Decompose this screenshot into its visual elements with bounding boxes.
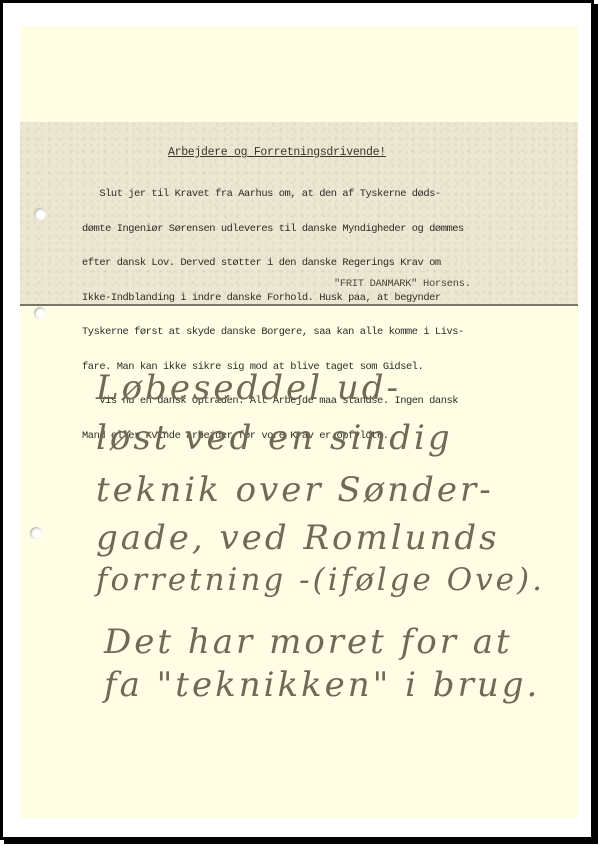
handwritten-line: løst ved en sindig bbox=[96, 418, 453, 458]
clipping-line: Ikke-Indblanding i indre danske Forhold.… bbox=[82, 293, 562, 305]
handwritten-line: fa "teknikken" i brug. bbox=[104, 665, 540, 705]
punch-hole bbox=[34, 307, 46, 319]
clipping-line: Slut jer til Kravet fra Aarhus om, at de… bbox=[82, 189, 562, 201]
handwritten-line: forretning -(ifølge Ove). bbox=[96, 562, 545, 598]
clipping-line: Tyskerne først at skyde danske Borgere, … bbox=[82, 327, 562, 339]
clipping-title: Arbejdere og Forretningsdrivende! bbox=[168, 146, 386, 159]
handwritten-line: gade, ved Romlunds bbox=[96, 518, 500, 558]
clipping-line: dømte Ingeniør Sørensen udleveres til da… bbox=[82, 224, 562, 236]
punch-hole bbox=[30, 527, 42, 539]
handwritten-line: teknik over Sønder- bbox=[96, 470, 494, 510]
clipping-signature: "FRIT DANMARK" Horsens. bbox=[334, 278, 471, 290]
handwritten-line: Det har moret for at bbox=[104, 622, 513, 662]
clipping-body: Slut jer til Kravet fra Aarhus om, at de… bbox=[82, 166, 562, 454]
clipping-line: efter dansk Lov. Derved støtter i den da… bbox=[82, 258, 562, 270]
punch-hole bbox=[34, 208, 46, 220]
handwritten-line: Løbeseddel ud- bbox=[96, 368, 401, 408]
